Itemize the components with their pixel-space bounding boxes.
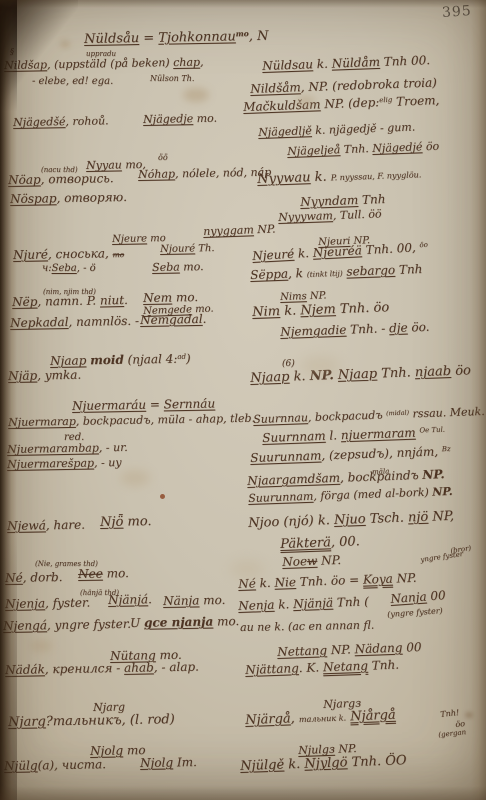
manuscript-line: Njulgз NP. — [298, 743, 357, 756]
manuscript-line: öö — [158, 154, 168, 162]
manuscript-line: (gergan — [438, 729, 466, 739]
manuscript-line: Seba mo. — [152, 261, 204, 273]
manuscript-line: Njuermaráu = Sernnáu — [72, 398, 215, 412]
manuscript-line: Nädák, кренился - ahab, - alap. — [5, 661, 199, 676]
manuscript-line: yngre fyster — [420, 551, 464, 564]
manuscript-line: ч:Seba, - ö — [42, 264, 96, 274]
manuscript-line: Nänja mo. — [163, 594, 225, 607]
manuscript-line: Njuermarambap, - ur. — [7, 442, 128, 455]
manuscript-line: Nemgadal. — [140, 313, 207, 326]
manuscript-line: Nildšåm, NP. (redobroka troia) — [250, 76, 437, 95]
manuscript-line: Njuré, сноська, mo — [13, 247, 124, 261]
manuscript-line: Njülgě k. Njylgö Tnh. ÖO — [240, 754, 407, 773]
manuscript-line: - elebe, ed! ega. — [32, 77, 113, 87]
manuscript-line: Nöspap, отворяю. — [10, 191, 127, 205]
manuscript-page: Nüldsåu = Tjohkonnaumo, Nuppradu§Nildšap… — [0, 0, 486, 800]
manuscript-line: Nildšap, (uppstäld (på beken) chap, — [4, 57, 204, 71]
manuscript-line: Suurunnam, förga (med al-bork) NP. — [248, 486, 453, 504]
manuscript-line: Nüldsåu = Tjohkonnaumo, N — [84, 30, 269, 46]
manuscript-photo: Nüldsåu = Tjohkonnaumo, Nuppradu§Nildšap… — [0, 0, 486, 800]
manuscript-line: Njarg?тальникъ, (l. rod) — [8, 713, 175, 729]
manuscript-line: Nyyau mo, — [86, 159, 146, 171]
manuscript-line: Njäp, ymka. — [8, 369, 81, 382]
manuscript-line: Njänjá. — [108, 593, 152, 606]
manuscript-line: Nöap, отворись. — [8, 172, 114, 186]
manuscript-line: Noew NP. — [282, 554, 341, 568]
manuscript-line: U gce njanja mo. — [130, 615, 239, 629]
manuscript-line: Né, dorb. — [5, 571, 63, 584]
manuscript-line: Sëppa, k (tinkt ltij) sebargo Tnh — [250, 263, 423, 281]
page-number: 395 — [442, 3, 473, 21]
manuscript-line: (yngre fyster) — [387, 607, 443, 619]
manuscript-line: Njeure mo — [112, 234, 166, 245]
manuscript-line: Njolg Im. — [140, 756, 197, 769]
manuscript-line: (6) — [282, 360, 295, 369]
manuscript-line: Nëp, namn. P. niut. — [12, 294, 128, 308]
manuscript-line: Nim k. Njem Tnh. öo — [252, 301, 389, 319]
manuscript-line: Njägeljeå Tnh. Njägedjé öo — [287, 141, 439, 157]
manuscript-line: Nee mo. — [78, 567, 129, 580]
manuscript-line: Nóhap, nólele, nód, náp — [138, 167, 271, 180]
manuscript-line: Nyywau k. P. nyyssau, F. nyyglöu. — [257, 167, 422, 186]
manuscript-line: Njȫ mo. — [100, 515, 152, 529]
manuscript-line: au ne k. (ac en annan fl. — [240, 620, 374, 633]
manuscript-line: Nyyndam Tnh — [300, 193, 386, 208]
manuscript-line: Nülson Th. — [150, 75, 194, 83]
manuscript-line: nyyggam NP. — [203, 223, 276, 237]
manuscript-line: Njouré Th. — [160, 244, 215, 255]
manuscript-line: Suurunnam, (zepsudъ), nnjám, Bz — [250, 445, 451, 464]
manuscript-line: Njuermarešpap, - uy — [7, 457, 122, 470]
manuscript-line: Nyyywam, Tull. öö — [278, 208, 382, 223]
manuscript-line: Päkterä, 00. — [280, 535, 360, 551]
manuscript-line: Njarg — [93, 701, 125, 713]
manuscript-line: Mačkuldšam NP. (dep:elig Troem, — [243, 94, 440, 113]
manuscript-line: Njärgå, тальник k. Njårgå — [245, 709, 396, 727]
manuscript-line: Njolg mo — [90, 744, 146, 757]
manuscript-line: Nem mo. — [143, 291, 198, 304]
manuscript-line: Njaargamdšam, bockpaindъ NP. — [247, 468, 445, 487]
manuscript-line: Suurnnam l. njuermaram Oe Tul. — [262, 426, 445, 444]
manuscript-line: Njengá, yngre fyster. — [3, 618, 131, 632]
manuscript-lines: Nüldsåu = Tjohkonnaumo, Nuppradu§Nildšap… — [0, 0, 486, 800]
manuscript-line: Njuermarap, bockpacudъ, müla - ahap, tle… — [8, 413, 255, 428]
manuscript-line: Njättang. K. Netang Tnh. — [245, 659, 399, 676]
manuscript-line: Njeuré k. Njeuréä Tnh. 00, öo — [252, 241, 428, 262]
manuscript-line: Njemgadie Tnh. - dje öo. — [280, 321, 430, 338]
manuscript-line: Nüldsau k. Nüldåm Tnh 00. — [262, 54, 430, 72]
manuscript-line: Nenja k. Njänjä Tnh ( — [238, 595, 369, 612]
manuscript-line: Njülg(a), чиста. — [4, 758, 106, 772]
manuscript-line: Nims NP. — [280, 291, 327, 303]
manuscript-line: Njägedljě k. njägedjě - gum. — [258, 122, 415, 138]
manuscript-line: Njaap moid (njaal 4:ad) — [50, 353, 191, 367]
manuscript-line: Njenja, fyster. — [5, 597, 90, 610]
manuscript-line: Njewá, hare. — [7, 519, 85, 532]
manuscript-line: Nanja 00 — [390, 589, 446, 605]
manuscript-line: Njoo (njó) k. Njuo Tsch. njö NP, — [248, 510, 454, 530]
manuscript-line: § — [10, 48, 14, 56]
manuscript-line: Nettang NP. Nädang 00 — [277, 641, 422, 658]
manuscript-line: Tnh! — [440, 709, 460, 719]
manuscript-line: Suurnnau, bockpacudъ (midal) rssau. Meuk… — [253, 406, 485, 425]
manuscript-line: Né k. Nie Tnh. öo = Koya NP. — [238, 572, 417, 590]
manuscript-line: Nepkadal, namnlös. - — [10, 315, 139, 329]
manuscript-line: Njägedšé, rohoů. — [13, 115, 109, 128]
manuscript-line: Njägedje mo. — [143, 113, 217, 125]
